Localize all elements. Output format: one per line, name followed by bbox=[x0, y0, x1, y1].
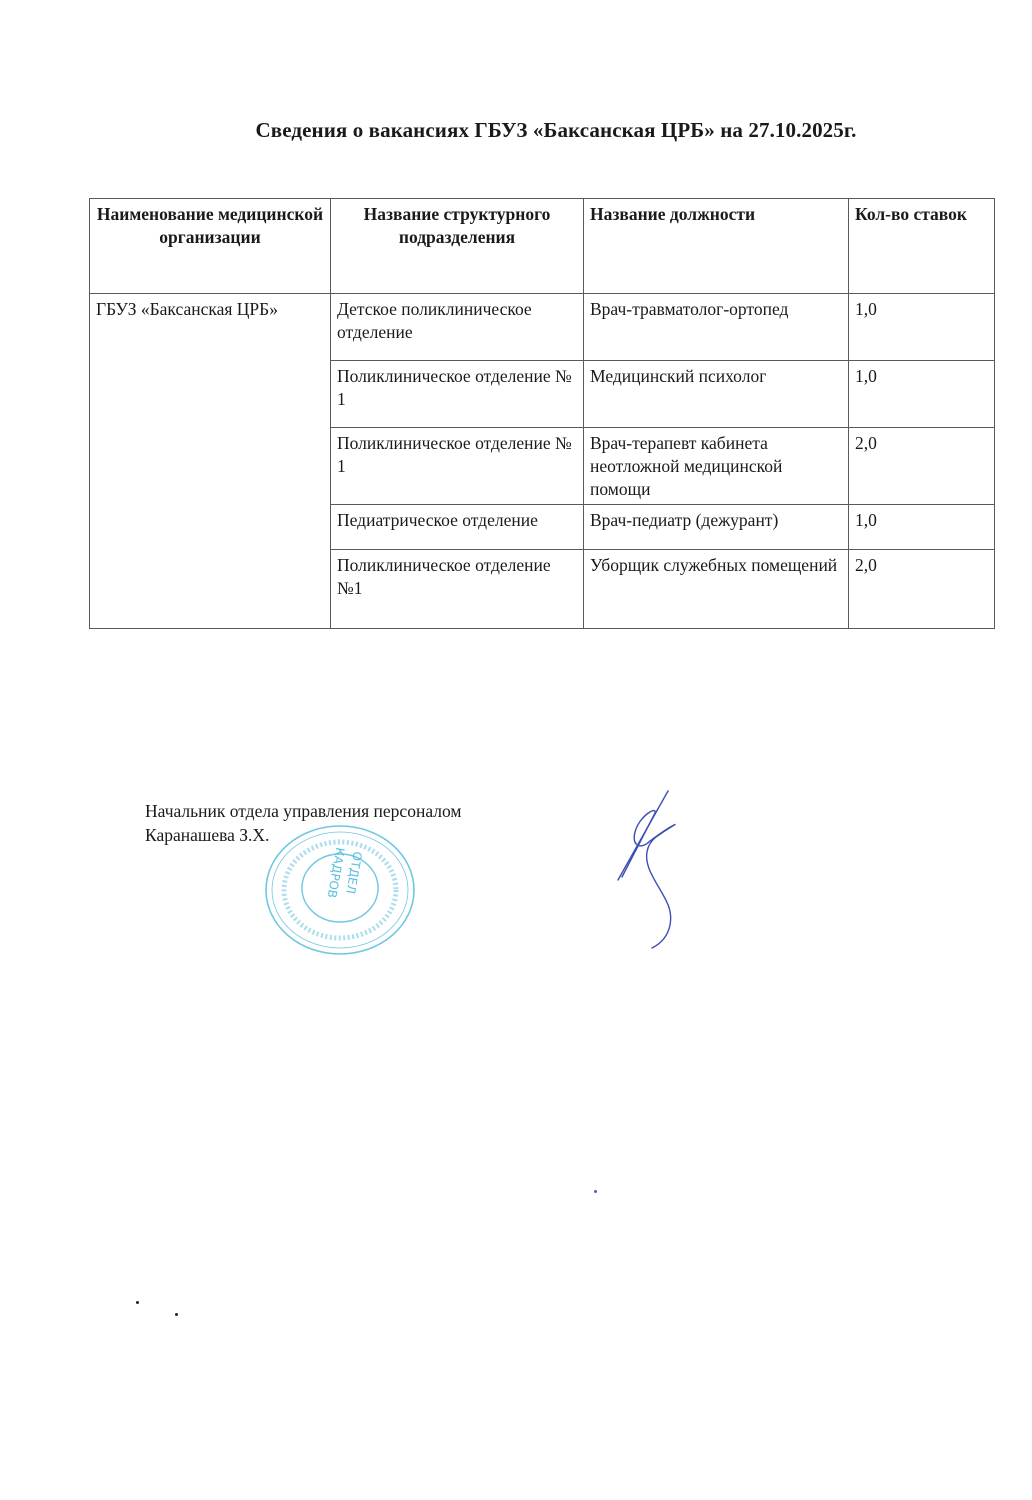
hr-department-stamp: ОТДЕЛ КАДРОВ bbox=[262, 822, 418, 958]
rates-cell: 1,0 bbox=[849, 361, 995, 428]
document-title: Сведения о вакансиях ГБУЗ «Баксанская ЦР… bbox=[0, 118, 1032, 143]
header-organization: Наименование медицинской организации bbox=[90, 199, 331, 294]
department-cell: Детское поликлиническое отделение bbox=[331, 294, 584, 361]
position-cell: Врач-травматолог-ортопед bbox=[584, 294, 849, 361]
vacancies-table: Наименование медицинской организации Наз… bbox=[89, 198, 995, 629]
table-row: ГБУЗ «Баксанская ЦРБ» Детское поликлинич… bbox=[90, 294, 995, 361]
position-cell: Медицинский психолог bbox=[584, 361, 849, 428]
department-cell: Педиатрическое отделение bbox=[331, 505, 584, 550]
rates-cell: 1,0 bbox=[849, 294, 995, 361]
header-department: Название структурного подразделения bbox=[331, 199, 584, 294]
position-cell: Уборщик служебных помещений bbox=[584, 550, 849, 629]
scan-speck bbox=[136, 1301, 139, 1304]
position-cell: Врач-педиатр (дежурант) bbox=[584, 505, 849, 550]
rates-cell: 2,0 bbox=[849, 428, 995, 505]
department-cell: Поликлиническое отделение № 1 bbox=[331, 428, 584, 505]
header-rates: Кол-во ставок bbox=[849, 199, 995, 294]
position-cell: Врач-терапевт кабинета неотложной медици… bbox=[584, 428, 849, 505]
signer-role: Начальник отдела управления персоналом bbox=[145, 800, 461, 824]
handwritten-signature bbox=[610, 785, 690, 950]
table-header-row: Наименование медицинской организации Наз… bbox=[90, 199, 995, 294]
organization-cell: ГБУЗ «Баксанская ЦРБ» bbox=[90, 294, 331, 629]
scan-speck bbox=[175, 1313, 178, 1316]
rates-cell: 1,0 bbox=[849, 505, 995, 550]
scan-speck bbox=[594, 1190, 597, 1193]
rates-cell: 2,0 bbox=[849, 550, 995, 629]
header-position: Название должности bbox=[584, 199, 849, 294]
department-cell: Поликлиническое отделение №1 bbox=[331, 550, 584, 629]
department-cell: Поликлиническое отделение № 1 bbox=[331, 361, 584, 428]
